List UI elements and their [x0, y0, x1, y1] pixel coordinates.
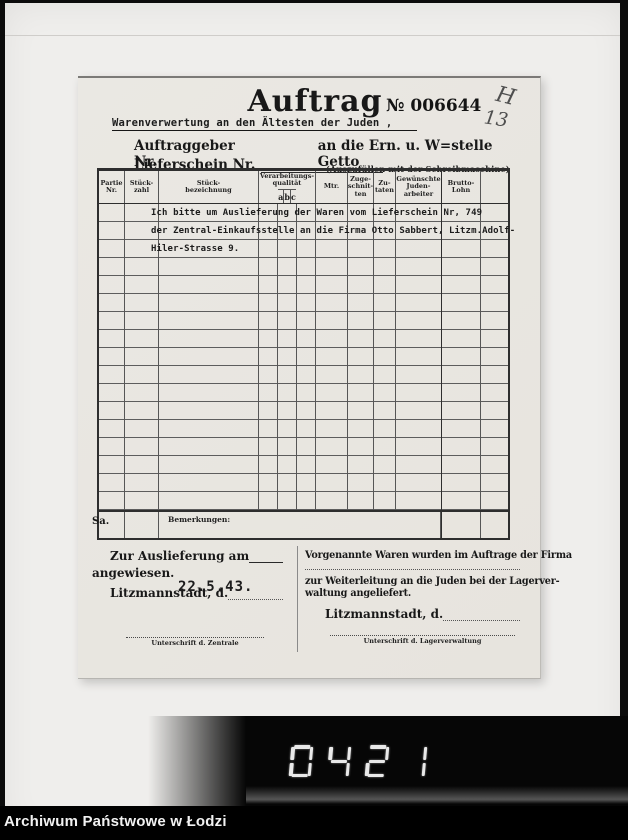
column-header-stueckbezeichnung: Stück- bezeichnung [159, 171, 259, 203]
typed-header-line: Warenverwertung an den Ältesten der Jude… [112, 117, 417, 131]
segment-b [423, 747, 428, 760]
scan-frame-edge-top [0, 0, 628, 3]
segment-g [331, 760, 347, 764]
section-divider [297, 546, 298, 652]
sum-label: Sa. [92, 516, 109, 527]
column-header-qualitaet: Verarbeitungs- qualität a b c [259, 171, 316, 203]
segment-c [421, 763, 426, 776]
forwarding-line2: zur Weiterleitung an die Juden bei der L… [305, 575, 559, 587]
subcolumn-c: c [291, 190, 296, 203]
abc-subheader: a b c [278, 189, 296, 203]
forwarding-line1: Vorgenannte Waren wurden im Auftrage der… [305, 549, 572, 561]
body-column [99, 204, 125, 510]
counter-digits [289, 745, 428, 777]
seven-segment-digit [289, 745, 314, 777]
seven-segment-digit [365, 745, 390, 777]
handwritten-mark-bottom: 13 [483, 106, 510, 131]
film-edge-line [5, 35, 620, 36]
delivery-authorization-line: Zur Auslieferung am [110, 549, 283, 563]
remarks-label: Bemerkungen: [159, 512, 440, 524]
city-label-right: Litzmannstadt, d. [325, 607, 443, 621]
archive-name-label: Archiwum Państwowe w Łodzi [4, 813, 227, 830]
counter-gradient-wedge [148, 716, 246, 806]
table-sum-row: Bemerkungen: [99, 510, 508, 538]
seven-segment-digit [403, 745, 428, 777]
segment-f [328, 747, 333, 760]
archive-footer-bar: Archiwum Państwowe w Łodzi [0, 806, 628, 840]
scan-frame-edge-right [620, 0, 628, 840]
microfilm-scan: Auftrag № 006644 H 13 Warenverwertung an… [0, 0, 628, 840]
firma-dotted-blank [305, 569, 520, 570]
page-title: Auftrag [230, 84, 400, 119]
document-paper: Auftrag № 006644 H 13 Warenverwertung an… [78, 76, 541, 679]
column-header-zutaten: Zu- taten [374, 171, 396, 203]
signature-caption-zentrale: Unterschrift d. Zentrale [126, 639, 264, 647]
delivery-line2: angewiesen. [92, 566, 174, 580]
signature-caption-lagerverwaltung: Unterschrift d. Lagerverwaltung [330, 637, 515, 645]
segment-b [347, 747, 352, 760]
segment-a [370, 745, 386, 749]
table-header-row: Partie Nr. Stück- zahl Stück- bezeichnun… [99, 171, 508, 204]
delivery-date-blank [249, 550, 283, 563]
city-date-line-right: Litzmannstadt, d. [325, 607, 520, 621]
segment-c [345, 763, 350, 776]
typed-header-text: Warenverwertung an den Ältesten der Jude… [112, 117, 417, 131]
column-header-partie: Partie Nr. [99, 171, 125, 203]
segment-c [307, 763, 312, 776]
handwritten-mark-top: H [493, 82, 518, 111]
counter-glare [246, 786, 628, 804]
subcolumn-b: b [284, 190, 291, 203]
column-header-bruttolohn: Brutto- Lohn [441, 171, 481, 203]
remarks-cell: Bemerkungen: [159, 512, 441, 538]
order-number: № 006644 [386, 96, 481, 116]
column-header-mtr: Mtr. [316, 171, 348, 203]
segment-a [294, 745, 310, 749]
forwarding-line3: waltung angeliefert. [305, 587, 411, 599]
scan-frame-edge-left [0, 0, 5, 840]
segment-g [369, 760, 385, 764]
segment-d [368, 774, 384, 778]
segment-b [385, 747, 390, 760]
typed-date: 22.5.43. [178, 579, 253, 595]
typed-body-text: Ich bitte um Auslieferung der Waren vom … [151, 204, 515, 258]
delivery-line1: Zur Auslieferung am [110, 549, 249, 563]
segment-d [292, 774, 308, 778]
column-header-judenarbeiter: Gewünschte Juden- arbeiter [396, 171, 441, 203]
column-header-empty [481, 171, 508, 203]
segment-b [309, 747, 314, 760]
date-dotted-blank-right [443, 608, 520, 621]
segment-f [290, 747, 295, 760]
seven-segment-digit [327, 745, 352, 777]
column-header-stueckzahl: Stück- zahl [125, 171, 159, 203]
signature-line-zentrale [126, 637, 264, 638]
column-header-zugeschnitten: Zuge- schnit- ten [348, 171, 374, 203]
signature-line-lagerverwaltung [330, 635, 515, 636]
